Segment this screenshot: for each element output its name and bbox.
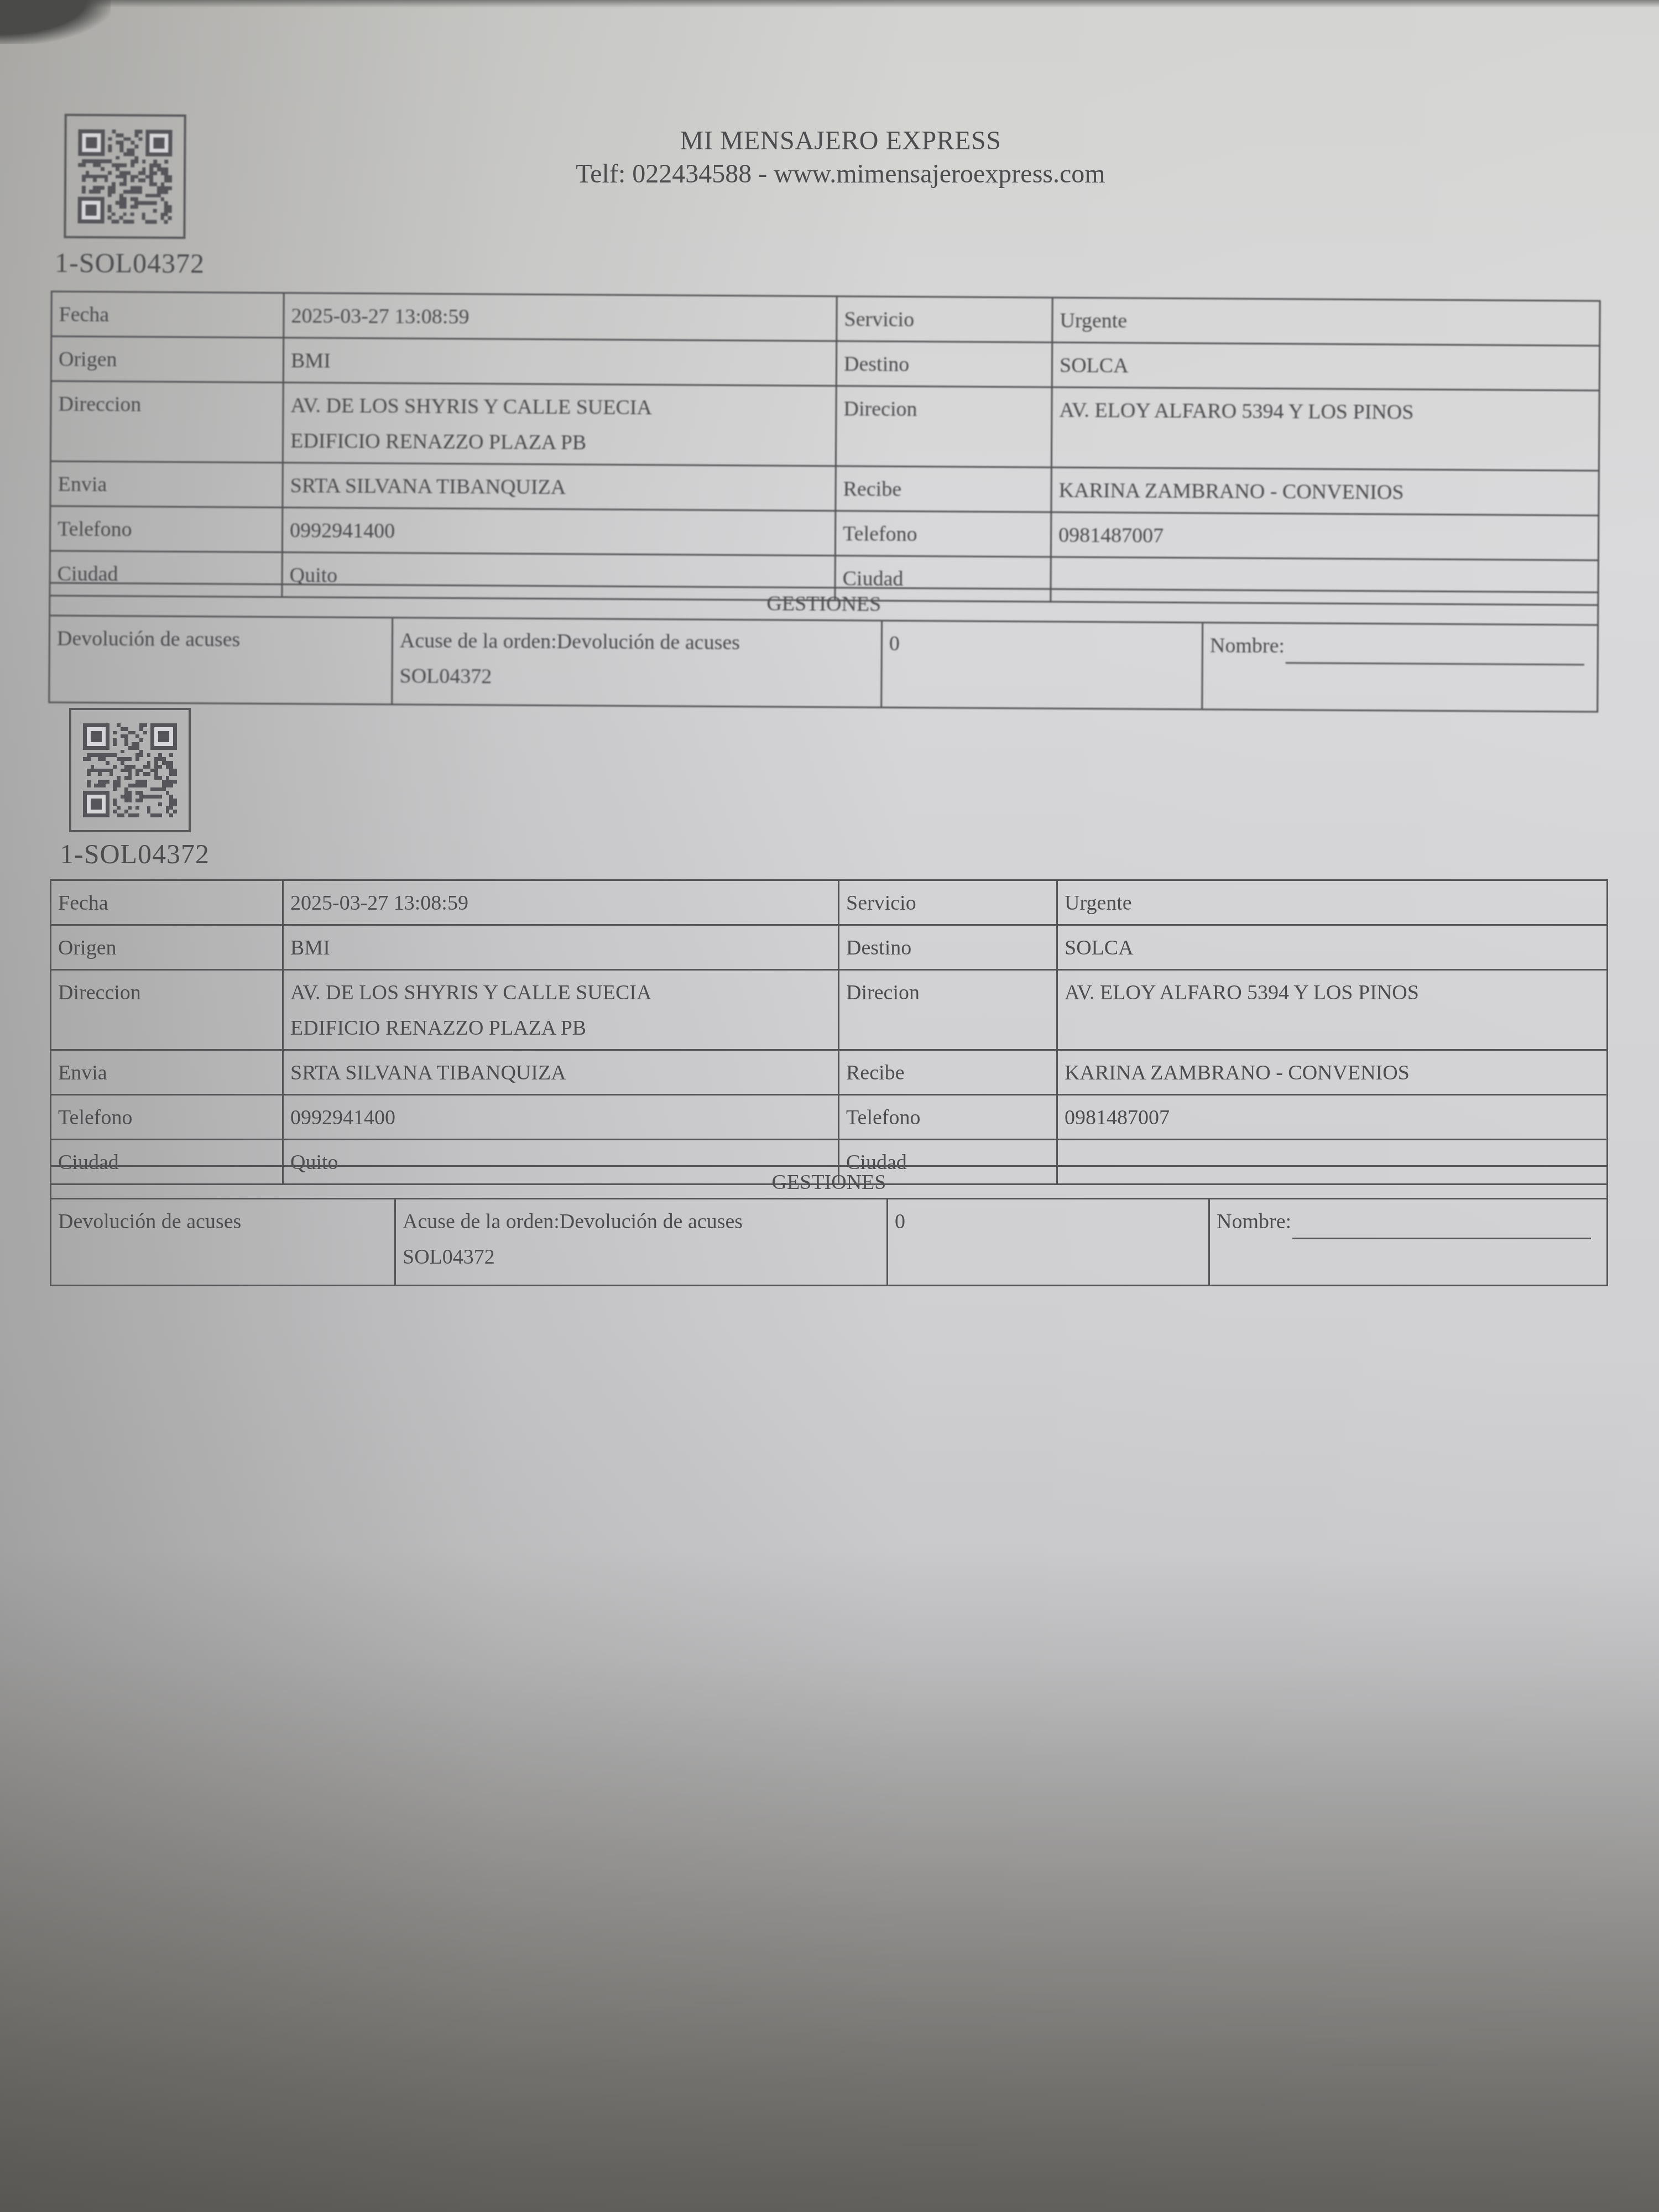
gestion-nombre: Nombre: [1209,1199,1608,1286]
direccion-destino-label: Direcion [839,970,1057,1050]
direccion-origen-value: AV. DE LOS SHYRIS Y CALLE SUECIA EDIFICI… [283,970,839,1050]
origen-value: BMI [283,925,839,970]
gestion-descripcion: Acuse de la orden:Devolución de acuses S… [395,1199,888,1286]
direccion-origen-line2: EDIFICIO RENAZZO PLAZA PB [290,1010,831,1046]
direccion-origen-label: Direccion [51,970,283,1050]
recibe-value: KARINA ZAMBRANO - CONVENIOS [1057,1050,1608,1095]
gestiones-table: GESTIONES Devolución de acuses Acuse de … [50,1165,1608,1286]
fecha-value: 2025-03-27 13:08:59 [283,880,839,925]
direccion-destino-value: AV. ELOY ALFARO 5394 Y LOS PINOS [1057,970,1608,1050]
recibe-label: Recibe [839,1050,1057,1095]
qr-code-icon [69,708,191,832]
gestion-tipo: Devolución de acuses [51,1199,395,1286]
origen-label: Origen [51,925,283,970]
gestion-cantidad: 0 [888,1199,1209,1286]
destino-label: Destino [839,925,1057,970]
telefono-origen-label: Telefono [51,1095,283,1140]
servicio-value: Urgente [1057,880,1608,925]
envia-label: Envia [51,1050,283,1095]
nombre-label: Nombre: [1217,1210,1291,1233]
envia-value: SRTA SILVANA TIBANQUIZA [283,1050,839,1095]
shipment-table: Fecha 2025-03-27 13:08:59 Servicio Urgen… [50,879,1608,1185]
nombre-signature-line [1292,1215,1591,1239]
delivery-slip-copy-2: 1-SOL04372 Fecha 2025-03-27 13:08:59 Ser… [0,0,1659,1327]
direccion-origen-line1: AV. DE LOS SHYRIS Y CALLE SUECIA [290,975,831,1010]
gestion-descripcion-line2: SOL04372 [403,1239,880,1275]
gestion-descripcion-line1: Acuse de la orden:Devolución de acuses [403,1204,880,1239]
gestiones-title: GESTIONES [51,1166,1608,1199]
telefono-origen-value: 0992941400 [283,1095,839,1140]
order-id: 1-SOL04372 [60,838,210,870]
destino-value: SOLCA [1057,925,1608,970]
telefono-destino-label: Telefono [839,1095,1057,1140]
telefono-destino-value: 0981487007 [1057,1095,1608,1140]
fecha-label: Fecha [51,880,283,925]
servicio-label: Servicio [839,880,1057,925]
